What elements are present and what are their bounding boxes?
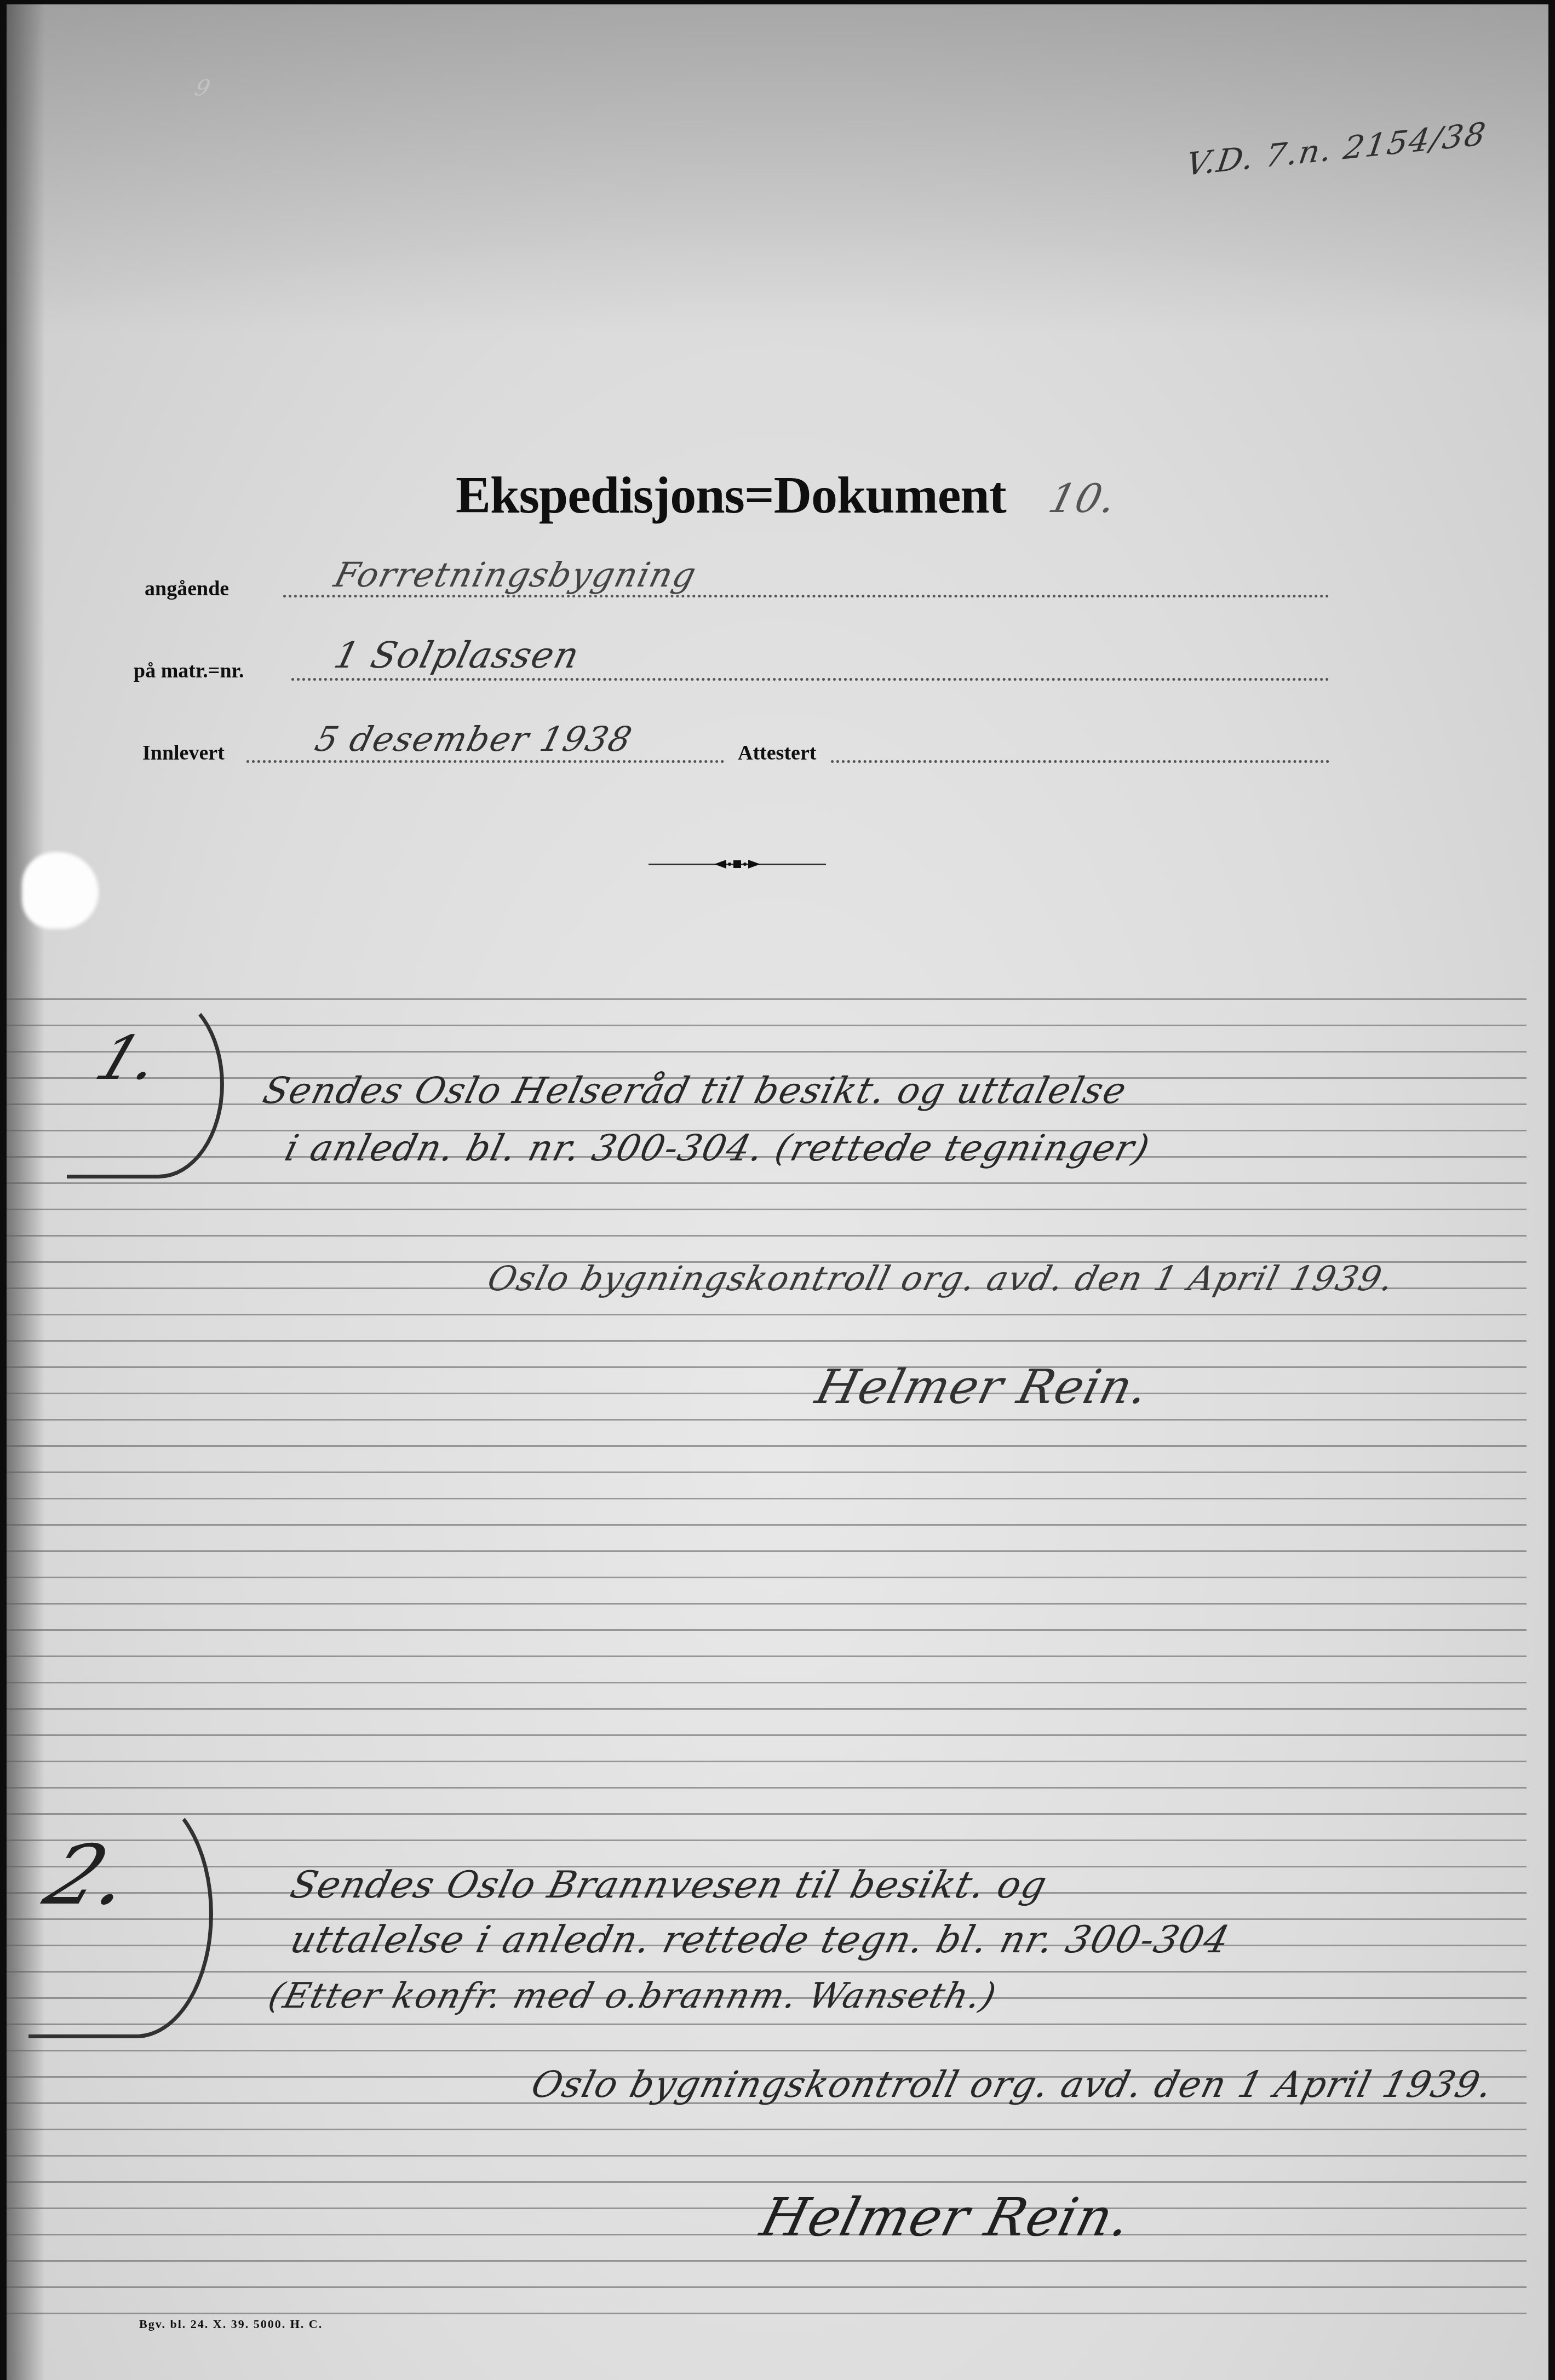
field-value-cadastral-number: 1 Solplassen — [330, 634, 584, 676]
entry-bracket — [67, 990, 224, 1178]
page-title: Ekspedisjons=Dokument — [456, 464, 1006, 525]
field-dotted-line-submitted — [246, 760, 724, 763]
form-print-code: Bgv. bl. 24. X. 39. 5000. H. C. — [139, 2317, 323, 2331]
reference-annotation: V.D. 7.n. 2154/38 — [1184, 115, 1489, 183]
arrow-right-icon — [748, 860, 760, 869]
signature: Helmer Rein. — [811, 1360, 1155, 1415]
field-label-subject: angående — [145, 577, 229, 601]
document-sheet: 9 V.D. 7.n. 2154/38 Ekspedisjons=Dokumen… — [7, 4, 1548, 2380]
entry-line: Sendes Oslo Helseråd til besikt. og utta… — [259, 1070, 1131, 1112]
ruled-lines — [7, 998, 1527, 2329]
entry-line: i anledn. bl. nr. 300-304. (rettede tegn… — [280, 1127, 1155, 1169]
title-text: Ekspedisjons=Dokument — [456, 465, 1006, 524]
document-number: 10. — [1045, 475, 1122, 521]
paper-damage-spot — [22, 852, 99, 929]
entry-line: Sendes Oslo Brannvesen til besikt. og — [286, 1864, 1052, 1907]
diamond-icon — [733, 860, 741, 868]
field-value-submitted: 5 desember 1938 — [311, 719, 637, 759]
entry-line: (Etter konfr. med o.brannm. Wanseth.) — [265, 1976, 1001, 2016]
field-dotted-line-cadastral-number — [291, 678, 1329, 681]
entry-dateline: Oslo bygningskontroll org. avd. den 1 Ap… — [484, 1258, 1399, 1298]
field-dotted-line-attested — [831, 760, 1329, 763]
ornament-divider — [649, 859, 826, 870]
field-label-cadastral-number: på matr.=nr. — [134, 659, 244, 683]
field-value-subject: Forretningsbygning — [330, 555, 701, 595]
entry-bracket — [28, 1790, 213, 2038]
entry-line: uttalelse i anledn. rettede tegn. bl. nr… — [286, 1918, 1235, 1962]
signature: Helmer Rein. — [755, 2187, 1138, 2248]
corner-mark: 9 — [192, 76, 214, 101]
arrow-left-icon — [714, 860, 726, 869]
field-dotted-line-subject — [283, 595, 1329, 597]
field-label-attested: Attestert — [738, 741, 816, 765]
field-label-submitted: Innlevert — [142, 741, 225, 765]
entry-dateline: Oslo bygningskontroll org. avd. den 1 Ap… — [527, 2063, 1497, 2106]
